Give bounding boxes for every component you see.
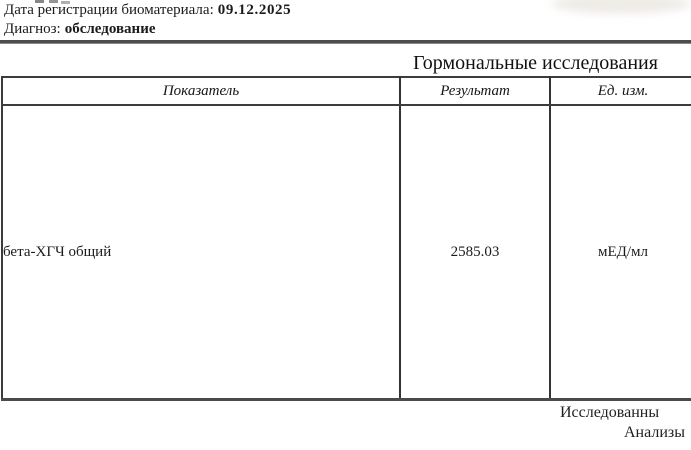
hormone-results-table: Показатель Результат Ед. изм. бета-ХГЧ о… [1, 76, 691, 401]
faint-smudge-artifact [552, 0, 690, 14]
registration-date-value: 09.12.2025 [218, 2, 292, 18]
registration-date-label: Дата регистрации биоматериала: [4, 2, 214, 18]
section-divider-rule [0, 40, 691, 44]
column-header-unit: Ед. изм. [550, 77, 691, 105]
table-header-row: Показатель Результат Ед. изм. [2, 77, 691, 105]
diagnosis-label: Диагноз: [4, 21, 61, 37]
diagnosis-value: обследование [65, 21, 156, 37]
cell-result: 2585.03 [400, 105, 550, 400]
results-section-title: Гормональные исследования [413, 51, 658, 75]
column-header-result: Результат [400, 77, 550, 105]
column-header-indicator: Показатель [2, 77, 400, 105]
footer-researched-label: Исследованны [560, 403, 659, 422]
cell-unit: мЕД/мл [550, 105, 691, 400]
registration-date-line: Дата регистрации биоматериала:09.12.2025 [4, 1, 291, 19]
diagnosis-line: Диагноз:обследование [4, 20, 156, 38]
footer-analyses-label: Анализы [624, 423, 685, 442]
cell-indicator: бета-ХГЧ общий [2, 105, 400, 400]
table-row: бета-ХГЧ общий 2585.03 мЕД/мл [2, 105, 691, 400]
